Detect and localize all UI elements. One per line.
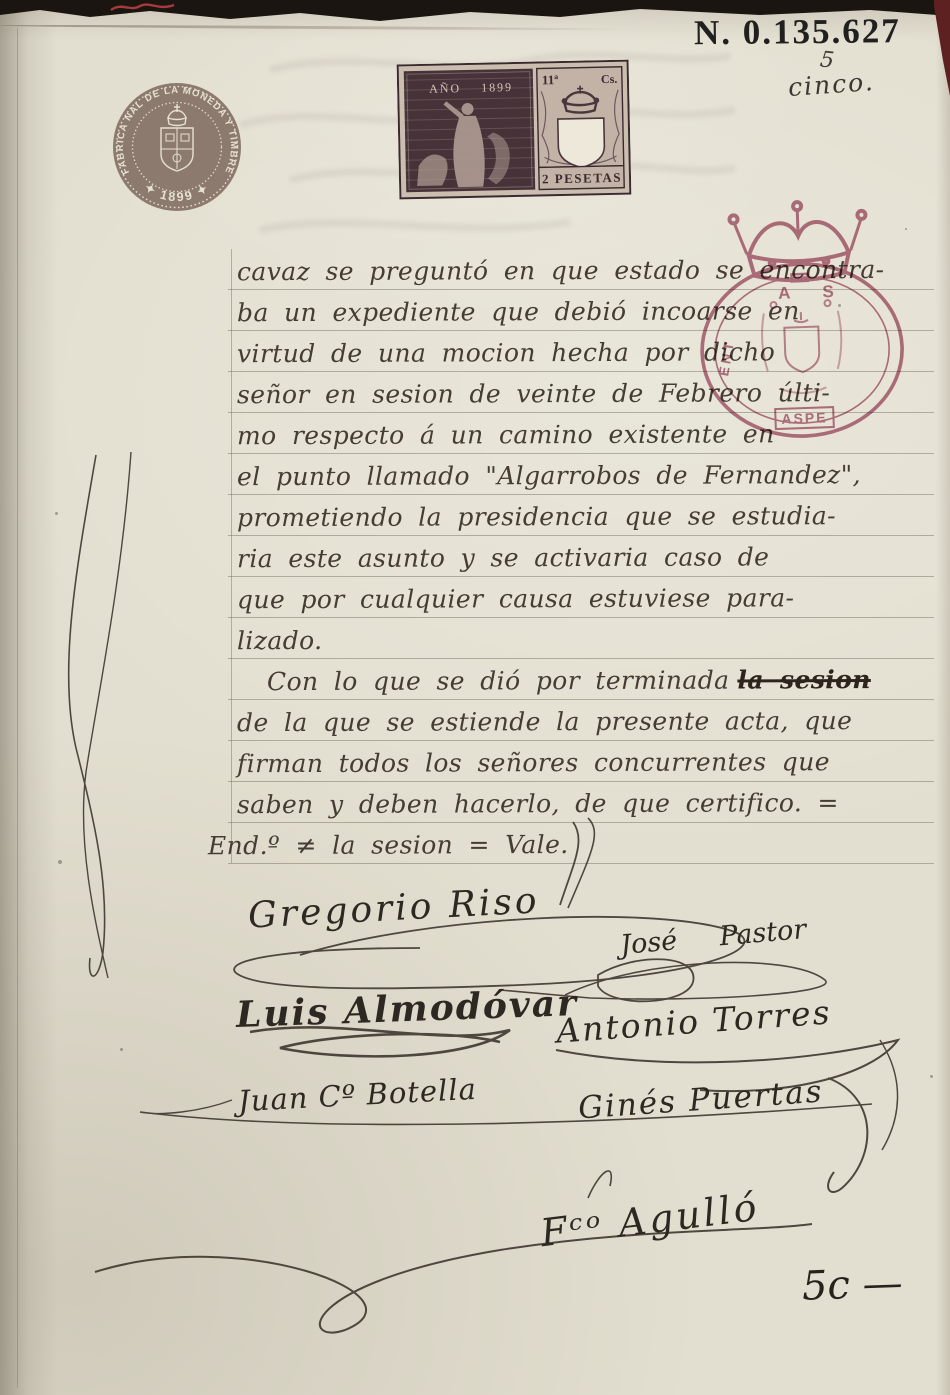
paper-speck [930, 1075, 933, 1078]
paper-speck [905, 228, 907, 230]
ink-flourishes [0, 0, 950, 1395]
paper-speck [58, 860, 62, 864]
paper-speck [55, 512, 58, 515]
scanned-document-page: FABRICA NAL DE LA MONEDA Y TIMBRE ✦ 1899… [0, 0, 950, 1395]
margin-flourish [69, 455, 105, 976]
paper-speck [120, 1048, 123, 1051]
page-catchword: 5c — [801, 1260, 903, 1309]
paper-speck [838, 304, 841, 307]
